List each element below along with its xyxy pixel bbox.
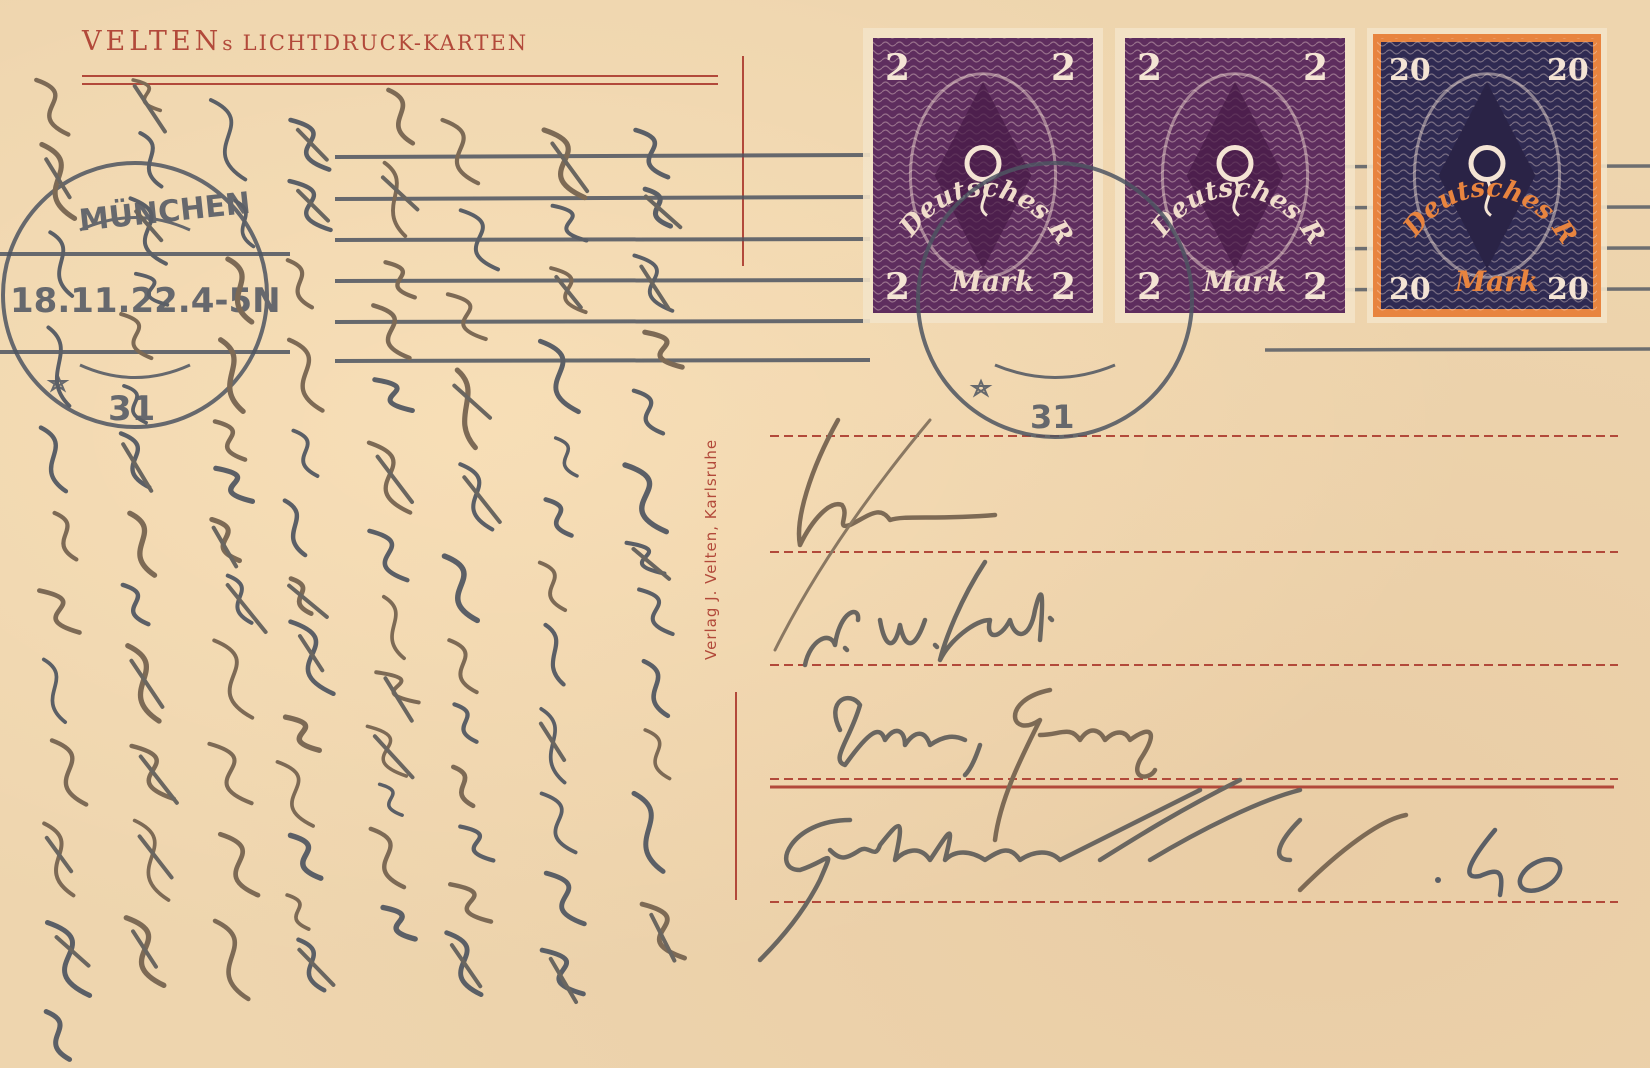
postmark-office-2: 31 (1030, 398, 1075, 436)
postmark-city: MÜNCHEN (77, 184, 252, 239)
stamp-value: 20 (1389, 272, 1431, 307)
stamp-value: 2 (1137, 47, 1162, 89)
stamp-unit: Mark (1202, 265, 1286, 298)
stamp-value: 2 (1303, 47, 1328, 89)
stamp-value: 20 (1547, 53, 1589, 88)
stamp-value: 2 (1303, 266, 1328, 308)
stamp-value: 2 (885, 266, 910, 308)
stamp-unit: Mark (1454, 265, 1538, 298)
stamp-value: 2 (885, 47, 910, 89)
header-rules (82, 76, 718, 84)
publisher-imprint: Verlag J. Velten, Karlsruhe (702, 439, 720, 660)
postcard: VELTENs LICHTDRUCK-KARTEN (0, 0, 1650, 1068)
stamp-value: 2 (1137, 266, 1162, 308)
stamp-unit: Mark (950, 265, 1034, 298)
machine-cancel-lines (0, 155, 870, 361)
stamp-value: 2 (1051, 266, 1076, 308)
postage-stamp: 2222Deutsches ReichMark (0, 0, 1103, 323)
stamp-value: 2 (1051, 47, 1076, 89)
stamp-value: 20 (1389, 53, 1431, 88)
stamp-value: 20 (1547, 272, 1589, 307)
handwritten-address (760, 420, 1566, 960)
postage-stamp: 2222Deutsches ReichMark (0, 0, 1355, 323)
